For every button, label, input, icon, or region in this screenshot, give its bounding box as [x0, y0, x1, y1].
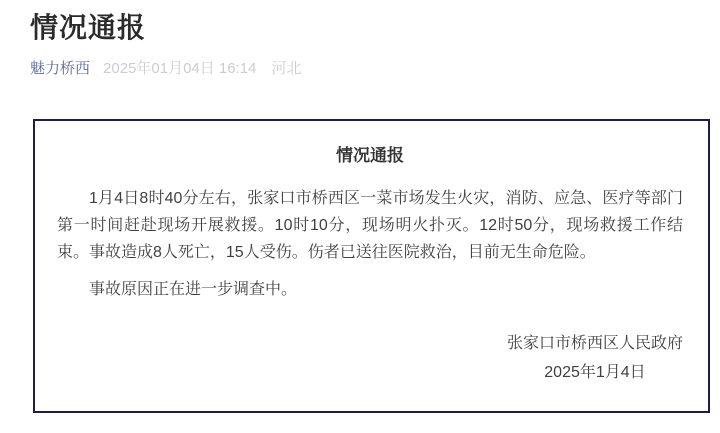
- signature-date: 2025年1月4日: [507, 358, 683, 387]
- notice-paragraph: 1月4日8时40分左右，张家口市桥西区一菜市场发生火灾，消防、应急、医疗等部门第…: [57, 185, 683, 266]
- notice-box: 情况通报 1月4日8时40分左右，张家口市桥西区一菜市场发生火灾，消防、应急、医…: [33, 119, 710, 413]
- notice-body: 1月4日8时40分左右，张家口市桥西区一菜市场发生火灾，消防、应急、医疗等部门第…: [57, 185, 683, 303]
- notice-paragraph: 事故原因正在进一步调查中。: [57, 276, 683, 303]
- article-header: 情况通报 魅力桥西 2025年01月04日 16:14 河北: [0, 0, 720, 78]
- page-title: 情况通报: [30, 12, 690, 44]
- signature-block: 张家口市桥西区人民政府 2025年1月4日: [507, 329, 683, 387]
- signature-area: 张家口市桥西区人民政府 2025年1月4日: [57, 329, 683, 387]
- publish-location: 河北: [271, 59, 301, 78]
- notice-title: 情况通报: [57, 147, 683, 165]
- publish-datetime: 2025年01月04日 16:14: [103, 59, 256, 78]
- source-link[interactable]: 魅力桥西: [30, 59, 90, 78]
- signature-issuer: 张家口市桥西区人民政府: [507, 329, 683, 358]
- article-meta: 魅力桥西 2025年01月04日 16:14 河北: [30, 59, 690, 78]
- article-page: 情况通报 魅力桥西 2025年01月04日 16:14 河北 情况通报 1月4日…: [0, 0, 720, 433]
